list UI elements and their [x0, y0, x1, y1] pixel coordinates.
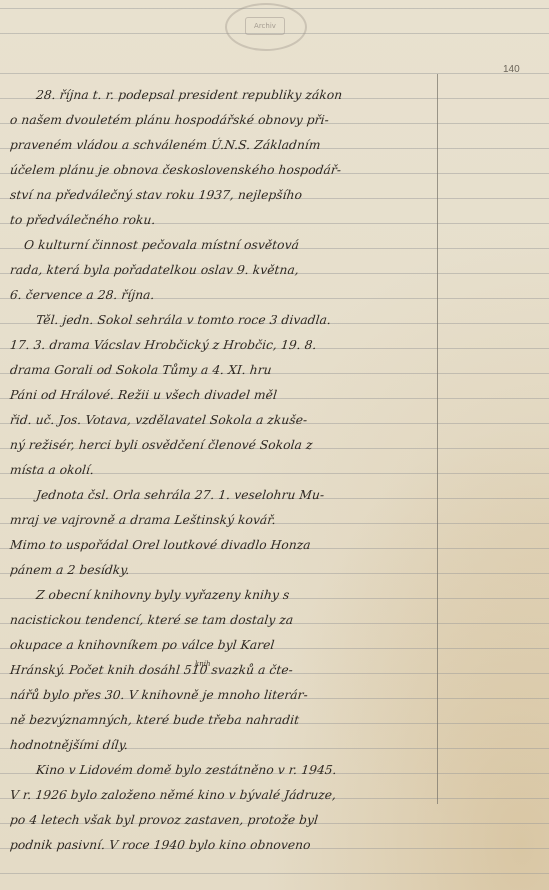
- interlinear-insertion: knih: [195, 660, 211, 668]
- text-line: ně bezvýznamných, které bude třeba nahra…: [9, 708, 437, 733]
- text-line: Kino v Lidovém domě bylo zestátněno v r.…: [9, 758, 437, 783]
- stamp-label: Archiv: [245, 17, 285, 35]
- text-line: pánem a 2 besídky.: [9, 558, 437, 583]
- text-line: drama Gorali od Sokola Tůmy a 4. XI. hru: [9, 358, 437, 383]
- text-line: Z obecní knihovny byly vyřazeny knihy s: [9, 583, 437, 608]
- text-line: po 4 letech však byl provoz zastaven, pr…: [9, 808, 437, 833]
- text-line: Těl. jedn. Sokol sehrála v tomto roce 3 …: [9, 308, 437, 333]
- text-line: Páni od Hrálové. Režii u všech divadel m…: [9, 383, 437, 408]
- text-line: 17. 3. drama Vácslav Hrobčický z Hrobčic…: [9, 333, 437, 358]
- text-line: mraj ve vajrovně a drama Leštinský kovář…: [9, 508, 437, 533]
- text-line: okupace a knihovníkem po válce byl Karel: [9, 633, 437, 658]
- handwritten-text: 28. října t. r. podepsal president repub…: [10, 83, 435, 858]
- text-line: nacistickou tendencí, které se tam dosta…: [9, 608, 437, 633]
- text-line: Hránský. Počet knih dosáhl 510 svazků a …: [9, 658, 437, 683]
- chronicle-page: Archiv 140 28. října t. r. podepsal pres…: [0, 0, 549, 890]
- text-line: Jednota čsl. Orla sehrála 27. 1. veseloh…: [9, 483, 437, 508]
- text-line: V r. 1926 bylo založeno němé kino v býva…: [9, 783, 437, 808]
- text-line: řid. uč. Jos. Votava, vzdělavatel Sokola…: [9, 408, 437, 433]
- text-line: místa a okolí.: [9, 458, 437, 483]
- text-line: nářů bylo přes 30. V knihovně je mnoho l…: [9, 683, 437, 708]
- text-line: praveném vládou a schváleném Ú.N.S. Zákl…: [9, 133, 437, 158]
- text-line: to předválečného roku.: [9, 208, 437, 233]
- text-line: podnik pasivní. V roce 1940 bylo kino ob…: [9, 833, 437, 858]
- text-line: ný režisér, herci byli osvědčení členové…: [9, 433, 437, 458]
- text-line: Mimo to uspořádal Orel loutkové divadlo …: [9, 533, 437, 558]
- page-number: 140: [503, 64, 520, 75]
- text-line: 6. července a 28. října.: [9, 283, 437, 308]
- margin-line: [437, 74, 438, 804]
- text-line: 28. října t. r. podepsal president repub…: [9, 83, 437, 108]
- archive-stamp: Archiv: [225, 3, 307, 51]
- text-line: hodnotnějšími díly.: [9, 733, 437, 758]
- text-line: rada, která byla pořadatelkou oslav 9. k…: [9, 258, 437, 283]
- text-line: O kulturní činnost pečovala místní osvět…: [9, 233, 437, 258]
- text-line: o našem dvouletém plánu hospodářské obno…: [9, 108, 437, 133]
- text-line: ství na předválečný stav roku 1937, nejl…: [9, 183, 437, 208]
- text-line: účelem plánu je obnova československého …: [9, 158, 437, 183]
